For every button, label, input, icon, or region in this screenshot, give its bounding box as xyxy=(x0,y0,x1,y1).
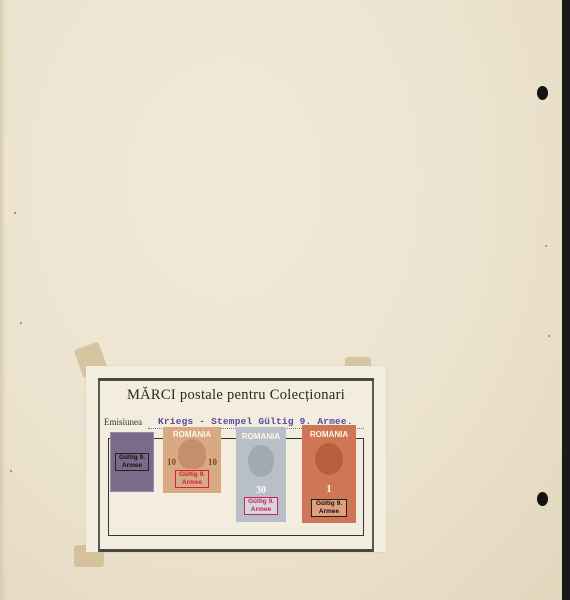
stamp-portrait xyxy=(178,439,206,469)
binder-hole-bottom xyxy=(537,492,548,506)
paper-speck xyxy=(548,335,550,337)
emission-label: Emisiunea xyxy=(104,417,142,427)
stamp-country: ROMANIA xyxy=(236,432,286,441)
paper-speck xyxy=(10,470,12,472)
stamp-3: ROMANIA 30 Gültig 9. Armee xyxy=(236,427,286,522)
stamp-value: 10 xyxy=(208,457,217,467)
stamp-overprint: Gültig 9. Armee xyxy=(311,499,347,517)
stamp-country: ROMANIA xyxy=(302,430,356,439)
paper-speck xyxy=(20,322,22,324)
stamp-portrait xyxy=(315,443,343,475)
stamp-overprint: Gültig 9. Armee xyxy=(115,453,149,471)
stamp-overprint: Gültig 9. Armee xyxy=(175,470,209,488)
stamp-value: 10 xyxy=(167,457,176,467)
stamp-overprint: Gültig 9. Armee xyxy=(244,497,278,515)
binder-hole-top xyxy=(537,86,548,100)
stamp-1: Gültig 9. Armee xyxy=(110,432,154,492)
stamp-4: ROMANIA 1 Gültig 9. Armee xyxy=(302,425,356,523)
stamp-portrait xyxy=(248,445,274,477)
paper-speck xyxy=(545,245,547,247)
card-title: MĂRCI postale pentru Colecționari xyxy=(100,387,372,404)
paper-speck xyxy=(14,212,16,214)
stamp-value: 1 xyxy=(302,483,356,495)
stamp-2: ROMANIA 10 10 Gültig 9. Armee xyxy=(163,427,221,493)
stamp-value: 30 xyxy=(236,485,286,496)
stamp-country: ROMANIA xyxy=(163,430,221,439)
